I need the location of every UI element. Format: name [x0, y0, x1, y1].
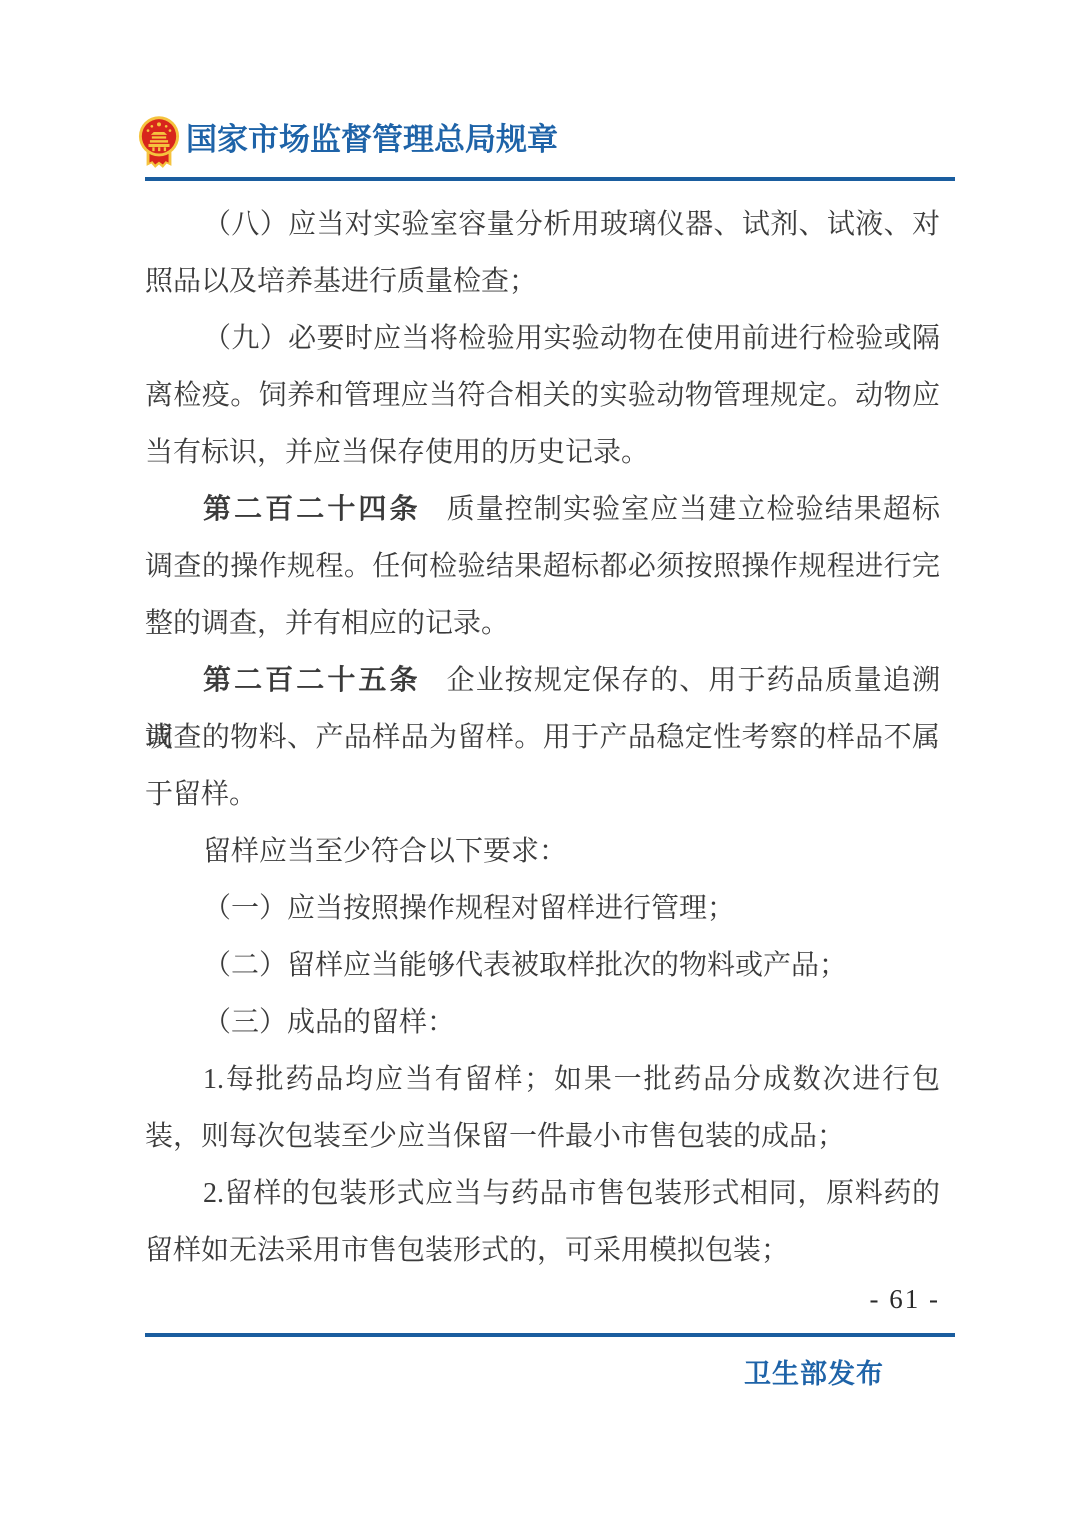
document-line: 留样应当至少符合以下要求： [145, 823, 940, 880]
document-line: 1.每批药品均应当有留样；如果一批药品分成数次进行包 [145, 1051, 940, 1108]
document-line: （九）必要时应当将检验用实验动物在使用前进行检验或隔 [145, 310, 940, 367]
document-line: 第二百二十五条企业按规定保存的、用于药品质量追溯或 [145, 652, 940, 709]
page-title: 国家市场监督管理总局规章 [186, 122, 558, 158]
document-line: （二）留样应当能够代表被取样批次的物料或产品； [145, 937, 940, 994]
footer-rule [145, 1333, 955, 1337]
document-line: 调查的操作规程。任何检验结果超标都必须按照操作规程进行完 [145, 538, 940, 595]
document-line: 照品以及培养基进行质量检查； [145, 253, 940, 310]
document-page: 国家市场监督管理总局规章 （八）应当对实验室容量分析用玻璃仪器、试剂、试液、对照… [0, 0, 1074, 1520]
document-line: （一）应当按照操作规程对留样进行管理； [145, 880, 940, 937]
document-line: 调查的物料、产品样品为留样。用于产品稳定性考察的样品不属 [145, 709, 940, 766]
document-line: 2.留样的包装形式应当与药品市售包装形式相同，原料药的 [145, 1165, 940, 1222]
document-line: 离检疫。饲养和管理应当符合相关的实验动物管理规定。动物应 [145, 367, 940, 424]
document-line: （三）成品的留样： [145, 994, 940, 1051]
document-line: 装，则每次包装至少应当保留一件最小市售包装的成品； [145, 1108, 940, 1165]
article-number: 第二百二十四条 [203, 494, 421, 525]
document-line: 当有标识，并应当保存使用的历史记录。 [145, 424, 940, 481]
national-emblem-icon [138, 114, 180, 172]
document-body: （八）应当对实验室容量分析用玻璃仪器、试剂、试液、对照品以及培养基进行质量检查；… [145, 196, 940, 1279]
header-rule [145, 177, 955, 181]
document-line: 于留样。 [145, 766, 940, 823]
document-line: 整的调查，并有相应的记录。 [145, 595, 940, 652]
document-line: 第二百二十四条质量控制实验室应当建立检验结果超标 [145, 481, 940, 538]
document-line: （八）应当对实验室容量分析用玻璃仪器、试剂、试液、对 [145, 196, 940, 253]
article-number: 第二百二十五条 [203, 665, 421, 696]
article-text: 质量控制实验室应当建立检验结果超标 [447, 494, 940, 525]
document-line: 留样如无法采用市售包装形式的，可采用模拟包装； [145, 1222, 940, 1279]
publisher-label: 卫生部发布 [744, 1358, 884, 1390]
page-number: - 61 - [870, 1284, 940, 1314]
